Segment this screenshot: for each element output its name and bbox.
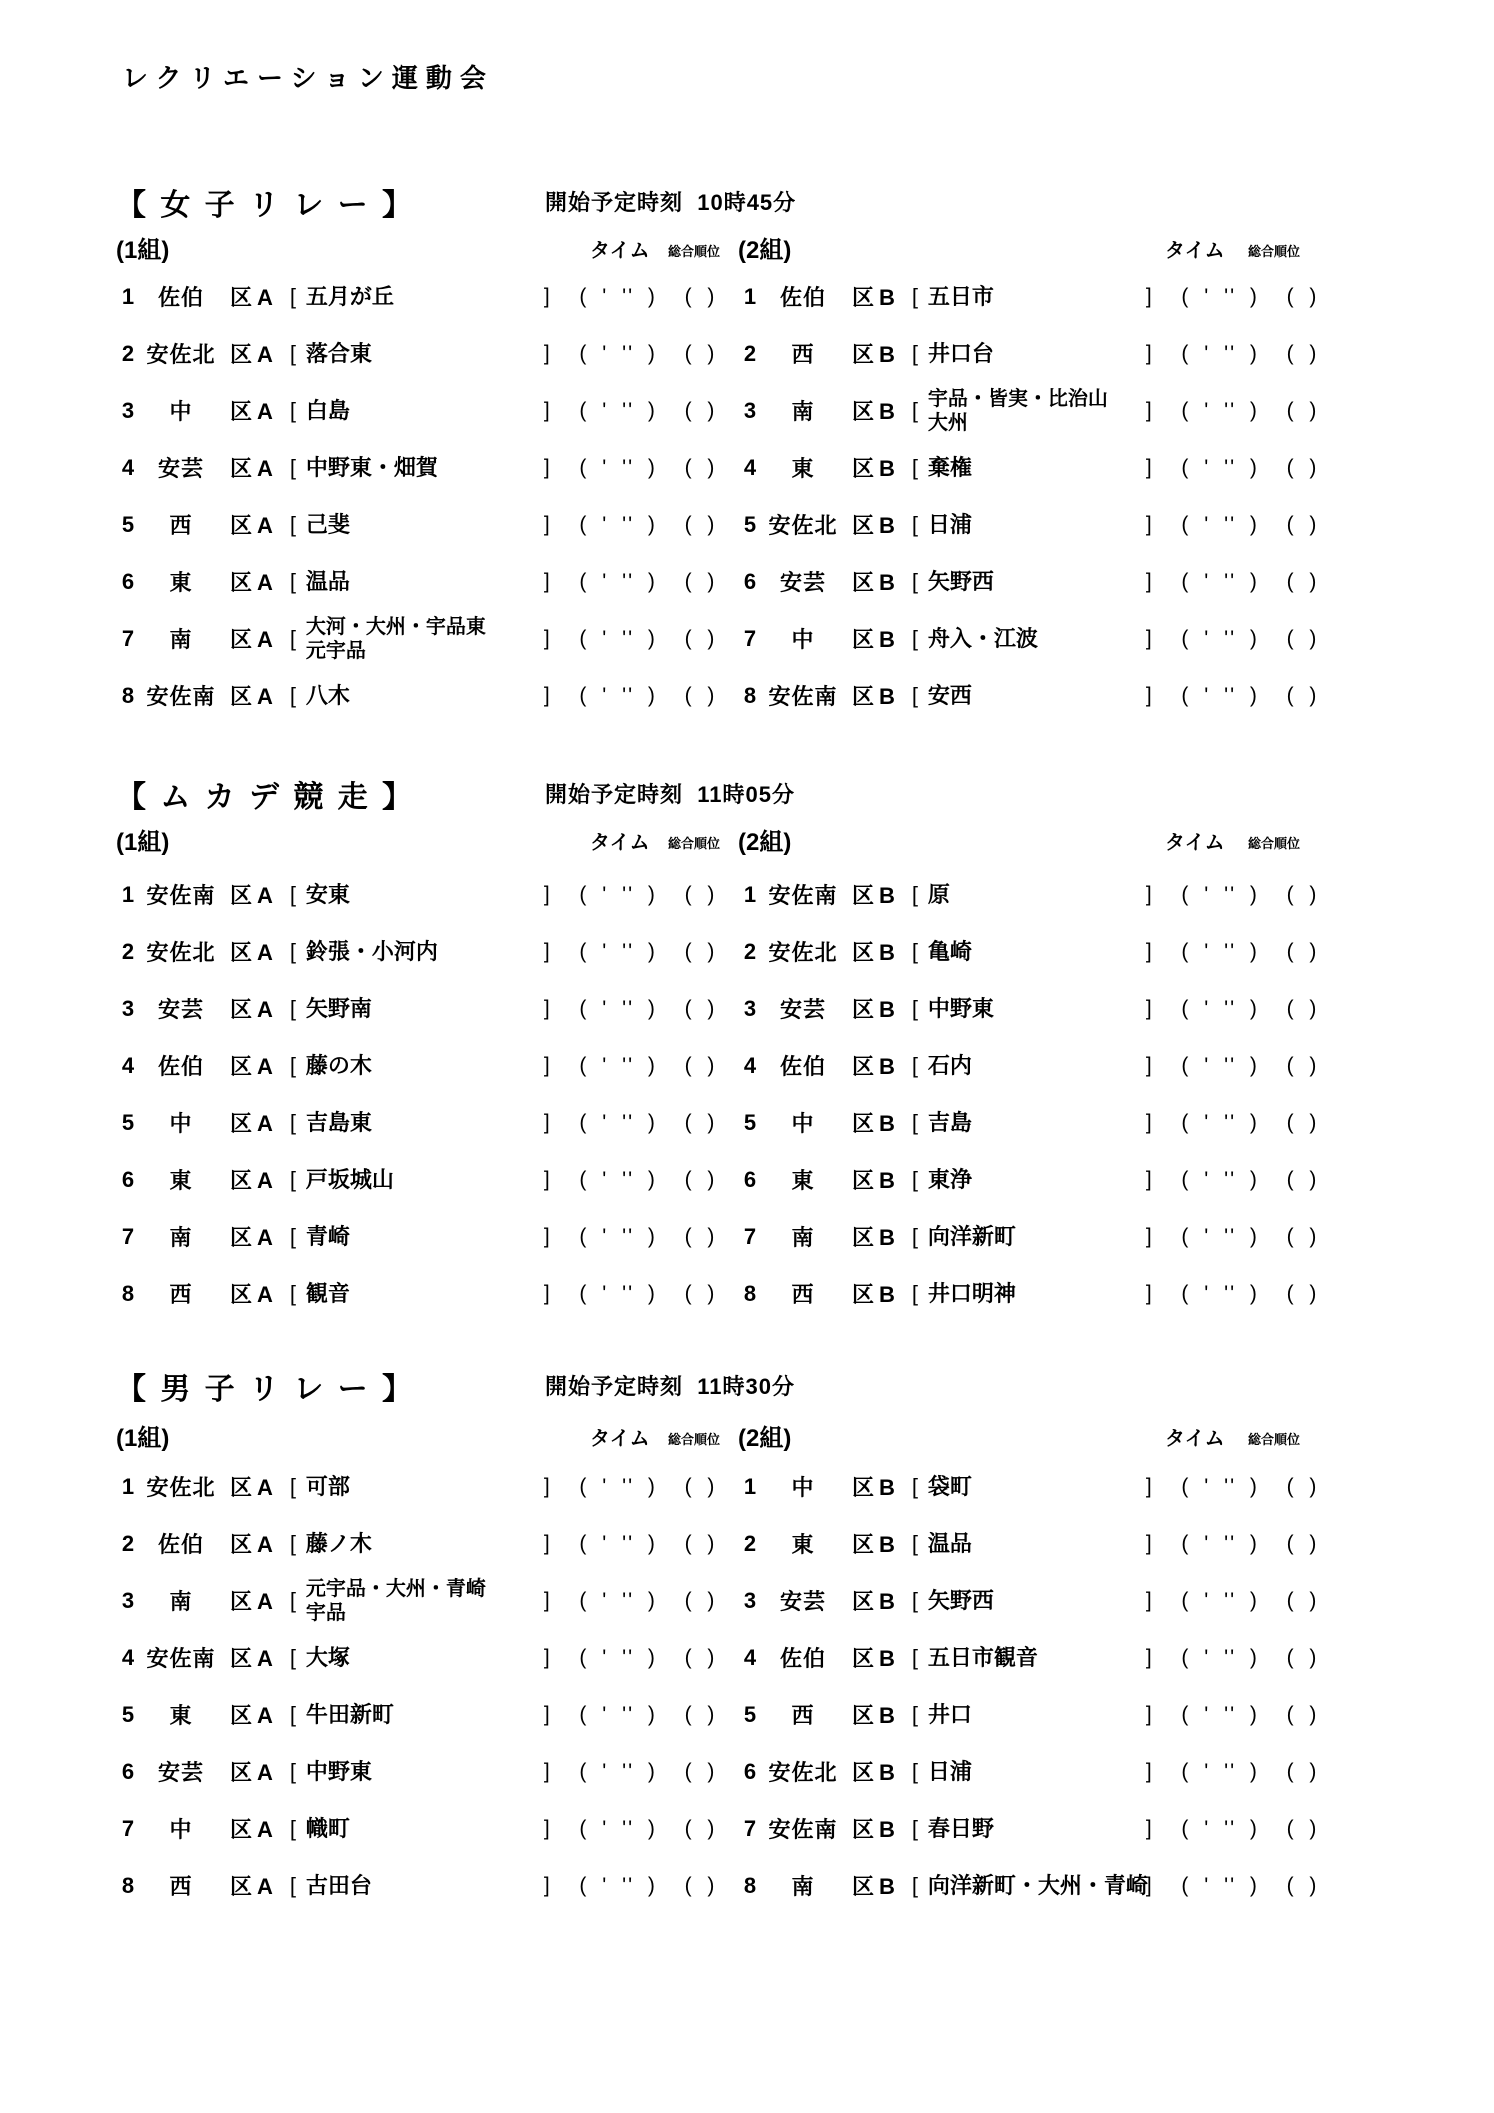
team-name-line1: 宇品・皆実・比治山: [928, 387, 1146, 411]
district-name: 中: [140, 1107, 222, 1138]
entry-number: 4: [738, 1645, 762, 1671]
team-name: 五月が丘: [306, 284, 544, 309]
entry-number: 3: [116, 398, 140, 424]
team-name: 日浦: [928, 1759, 1146, 1784]
time-rank-blank: ] ( ' '' ) ( ): [544, 1475, 717, 1499]
entry-number: 3: [738, 1588, 762, 1614]
team-name: 白島: [306, 398, 544, 423]
event-heading: 【 男 子 リ レ ー 】: [116, 1364, 415, 1408]
entry-row: 7南区A[大河・大州・宇品東元宇品] ( ' '' ) ( ): [116, 610, 756, 667]
district-name: 安佐北: [762, 936, 844, 967]
open-bracket: [: [290, 569, 306, 595]
open-bracket: [: [912, 882, 928, 908]
division-label: 区A: [230, 509, 278, 540]
team-name: 安西: [928, 683, 1146, 708]
team-name: 鈴張・小河内: [306, 939, 544, 964]
team-name: 日浦: [928, 512, 1146, 537]
entry-row: 6安芸区A[中野東] ( ' '' ) ( ): [116, 1743, 756, 1800]
time-rank-blank: ] ( ' '' ) ( ): [1146, 1282, 1319, 1306]
team-name: 己斐: [306, 512, 544, 537]
team-name: 亀崎: [928, 939, 1146, 964]
division-label: 区A: [230, 1870, 278, 1901]
division-label: 区A: [230, 395, 278, 426]
team-name-line1: 日浦: [928, 512, 1146, 537]
group1-label: (1組): [116, 822, 169, 857]
team-name-line1: 元宇品・大州・青崎: [306, 1577, 544, 1601]
time-rank-blank: ] ( ' '' ) ( ): [544, 1874, 717, 1898]
time-rank-blank: ] ( ' '' ) ( ): [1146, 1817, 1319, 1841]
team-name: 吉島東: [306, 1110, 544, 1135]
entry-row: 4安佐南区A[大塚] ( ' '' ) ( ): [116, 1629, 756, 1686]
team-name: 宇品・皆実・比治山大州: [928, 387, 1146, 435]
entry-row: 1佐伯区B[五日市] ( ' '' ) ( ): [738, 268, 1378, 325]
entry-row: 6安芸区B[矢野西] ( ' '' ) ( ): [738, 553, 1378, 610]
entry-row: 4佐伯区B[石内] ( ' '' ) ( ): [738, 1037, 1378, 1094]
division-label: 区B: [852, 993, 900, 1024]
entry-number: 7: [116, 626, 140, 652]
time-rank-blank: ] ( ' '' ) ( ): [1146, 342, 1319, 366]
division-label: 区B: [852, 281, 900, 312]
team-name-line1: 鈴張・小河内: [306, 939, 544, 964]
team-name: 吉島: [928, 1110, 1146, 1135]
open-bracket: [: [912, 284, 928, 310]
time-rank-blank: ] ( ' '' ) ( ): [1146, 1589, 1319, 1613]
open-bracket: [: [912, 1167, 928, 1193]
entry-number: 7: [738, 1816, 762, 1842]
district-name: 南: [140, 1221, 222, 1252]
division-label: 区B: [852, 680, 900, 711]
time-rank-blank: ] ( ' '' ) ( ): [544, 570, 717, 594]
time-rank-blank: ] ( ' '' ) ( ): [1146, 627, 1319, 651]
document-page: レクリエーション運動会 【 女 子 リ レ ー 】 開始予定時刻 10時45分 …: [0, 0, 1494, 2113]
time-column-header: タイム: [590, 1422, 650, 1451]
team-name-line1: 吉島東: [306, 1110, 544, 1135]
team-name-line1: 大塚: [306, 1645, 544, 1670]
team-name: 八木: [306, 683, 544, 708]
open-bracket: [: [912, 1281, 928, 1307]
district-name: 佐伯: [140, 1050, 222, 1081]
entry-number: 1: [116, 1474, 140, 1500]
team-name: 五日市観音: [928, 1645, 1146, 1670]
time-rank-blank: ] ( ' '' ) ( ): [544, 1168, 717, 1192]
entry-row: 7南区A[青崎] ( ' '' ) ( ): [116, 1208, 756, 1265]
open-bracket: [: [290, 1759, 306, 1785]
district-name: 南: [762, 1221, 844, 1252]
division-label: 区A: [230, 680, 278, 711]
entry-row: 3安芸区A[矢野南] ( ' '' ) ( ): [116, 980, 756, 1037]
team-name: 大河・大州・宇品東元宇品: [306, 615, 544, 663]
entry-number: 6: [738, 1759, 762, 1785]
district-name: 安芸: [140, 1756, 222, 1787]
entry-row: 1中区B[袋町] ( ' '' ) ( ): [738, 1458, 1378, 1515]
team-name: 戸坂城山: [306, 1167, 544, 1192]
entry-number: 8: [738, 1873, 762, 1899]
open-bracket: [: [290, 683, 306, 709]
open-bracket: [: [912, 683, 928, 709]
district-name: 南: [762, 395, 844, 426]
district-name: 西: [140, 1278, 222, 1309]
district-name: 安芸: [140, 993, 222, 1024]
entry-row: 8安佐南区B[安西] ( ' '' ) ( ): [738, 667, 1378, 724]
entry-number: 5: [116, 1702, 140, 1728]
team-name-line1: 八木: [306, 683, 544, 708]
entry-number: 5: [738, 1702, 762, 1728]
entry-row: 5西区A[己斐] ( ' '' ) ( ): [116, 496, 756, 553]
open-bracket: [: [290, 882, 306, 908]
time-rank-blank: ] ( ' '' ) ( ): [1146, 684, 1319, 708]
division-label: 区B: [852, 623, 900, 654]
team-name-line1: 向洋新町: [928, 1224, 1146, 1249]
team-name: 井口: [928, 1702, 1146, 1727]
entry-number: 2: [116, 341, 140, 367]
time-rank-blank: ] ( ' '' ) ( ): [1146, 997, 1319, 1021]
team-name-line1: 棄権: [928, 455, 1146, 480]
entry-row: 5西区B[井口] ( ' '' ) ( ): [738, 1686, 1378, 1743]
time-rank-blank: ] ( ' '' ) ( ): [544, 1225, 717, 1249]
time-rank-blank: ] ( ' '' ) ( ): [544, 285, 717, 309]
team-name-line1: 古田台: [306, 1873, 544, 1898]
group2-label: (2組): [738, 822, 791, 857]
team-name: 牛田新町: [306, 1702, 544, 1727]
time-rank-blank: ] ( ' '' ) ( ): [1146, 1703, 1319, 1727]
entry-row: 2安佐北区A[鈴張・小河内] ( ' '' ) ( ): [116, 923, 756, 980]
event-heading: 【 ム カ デ 競 走 】: [116, 772, 415, 816]
team-name-line1: 温品: [928, 1531, 1146, 1556]
entry-row: 5安佐北区B[日浦] ( ' '' ) ( ): [738, 496, 1378, 553]
time-rank-blank: ] ( ' '' ) ( ): [544, 684, 717, 708]
time-rank-blank: ] ( ' '' ) ( ): [544, 1282, 717, 1306]
entry-number: 8: [738, 1281, 762, 1307]
open-bracket: [: [290, 1702, 306, 1728]
entry-row: 6安佐北区B[日浦] ( ' '' ) ( ): [738, 1743, 1378, 1800]
entry-number: 5: [116, 512, 140, 538]
team-name: 安東: [306, 882, 544, 907]
open-bracket: [: [912, 626, 928, 652]
entries-group2: 1佐伯区B[五日市] ( ' '' ) ( )2西区B[井口台] ( ' '' …: [738, 268, 1378, 724]
time-column-header: タイム: [1165, 1422, 1225, 1451]
open-bracket: [: [290, 1474, 306, 1500]
entry-number: 6: [738, 1167, 762, 1193]
team-name: 幟町: [306, 1816, 544, 1841]
team-name-line1: 五月が丘: [306, 284, 544, 309]
entry-number: 1: [116, 284, 140, 310]
time-column-header: タイム: [1165, 826, 1225, 855]
division-label: 区A: [230, 1699, 278, 1730]
division-label: 区A: [230, 1164, 278, 1195]
division-label: 区B: [852, 395, 900, 426]
time-rank-blank: ] ( ' '' ) ( ): [1146, 1532, 1319, 1556]
district-name: 中: [140, 395, 222, 426]
open-bracket: [: [912, 341, 928, 367]
team-name: 温品: [928, 1531, 1146, 1556]
open-bracket: [: [912, 512, 928, 538]
entry-row: 4佐伯区B[五日市観音] ( ' '' ) ( ): [738, 1629, 1378, 1686]
open-bracket: [: [912, 455, 928, 481]
entries-group2: 1中区B[袋町] ( ' '' ) ( )2東区B[温品] ( ' '' ) (…: [738, 1458, 1378, 1914]
entry-row: 5中区A[吉島東] ( ' '' ) ( ): [116, 1094, 756, 1151]
time-rank-blank: ] ( ' '' ) ( ): [1146, 570, 1319, 594]
entry-number: 6: [116, 569, 140, 595]
division-label: 区B: [852, 1585, 900, 1616]
district-name: 佐伯: [762, 1050, 844, 1081]
time-rank-blank: ] ( ' '' ) ( ): [544, 1111, 717, 1135]
entry-number: 2: [738, 1531, 762, 1557]
district-name: 中: [762, 1107, 844, 1138]
team-name-line2: 大州: [928, 411, 1146, 435]
time-rank-blank: ] ( ' '' ) ( ): [544, 1054, 717, 1078]
time-rank-blank: ] ( ' '' ) ( ): [544, 883, 717, 907]
division-label: 区A: [230, 1528, 278, 1559]
time-column-header: タイム: [1165, 234, 1225, 263]
time-rank-blank: ] ( ' '' ) ( ): [1146, 399, 1319, 423]
district-name: 安佐南: [762, 879, 844, 910]
entry-number: 4: [738, 455, 762, 481]
group2-label: (2組): [738, 1418, 791, 1453]
team-name-line1: 矢野南: [306, 996, 544, 1021]
team-name: 大塚: [306, 1645, 544, 1670]
entry-number: 6: [116, 1759, 140, 1785]
district-name: 安佐北: [140, 338, 222, 369]
team-name: 中野東: [306, 1759, 544, 1784]
entry-row: 6東区B[東浄] ( ' '' ) ( ): [738, 1151, 1378, 1208]
district-name: 安芸: [762, 993, 844, 1024]
entry-row: 7南区B[向洋新町] ( ' '' ) ( ): [738, 1208, 1378, 1265]
team-name-line1: 牛田新町: [306, 1702, 544, 1727]
team-name-line1: 中野東・畑賀: [306, 455, 544, 480]
team-name-line1: 藤の木: [306, 1053, 544, 1078]
open-bracket: [: [912, 1588, 928, 1614]
team-name: 中野東・畑賀: [306, 455, 544, 480]
entry-row: 5東区A[牛田新町] ( ' '' ) ( ): [116, 1686, 756, 1743]
entry-number: 2: [738, 939, 762, 965]
open-bracket: [: [290, 996, 306, 1022]
district-name: 安佐南: [762, 1813, 844, 1844]
entry-number: 4: [116, 1053, 140, 1079]
team-name-line1: 井口: [928, 1702, 1146, 1727]
division-label: 区B: [852, 1870, 900, 1901]
open-bracket: [: [912, 569, 928, 595]
team-name-line1: 藤ノ木: [306, 1531, 544, 1556]
division-label: 区B: [852, 566, 900, 597]
time-column-header: タイム: [590, 826, 650, 855]
entry-number: 3: [738, 996, 762, 1022]
time-column-header: タイム: [590, 234, 650, 263]
entry-row: 3中区A[白島] ( ' '' ) ( ): [116, 382, 756, 439]
open-bracket: [: [290, 626, 306, 652]
entry-number: 3: [738, 398, 762, 424]
team-name-line1: 亀崎: [928, 939, 1146, 964]
time-rank-blank: ] ( ' '' ) ( ): [1146, 1168, 1319, 1192]
page-title: レクリエーション運動会: [122, 58, 494, 95]
division-label: 区B: [852, 1756, 900, 1787]
district-name: 西: [140, 1870, 222, 1901]
team-name-line1: 原: [928, 882, 1146, 907]
district-name: 安芸: [762, 566, 844, 597]
team-name: 五日市: [928, 284, 1146, 309]
time-rank-blank: ] ( ' '' ) ( ): [544, 997, 717, 1021]
entry-row: 3南区A[元宇品・大州・青崎宇品] ( ' '' ) ( ): [116, 1572, 756, 1629]
division-label: 区A: [230, 623, 278, 654]
entry-number: 2: [116, 1531, 140, 1557]
team-name: 向洋新町・大州・青崎: [928, 1873, 1146, 1898]
division-label: 区B: [852, 1642, 900, 1673]
entries-group1: 1佐伯区A[五月が丘] ( ' '' ) ( )2安佐北区A[落合東] ( ' …: [116, 268, 756, 724]
open-bracket: [: [290, 341, 306, 367]
team-name-line1: 落合東: [306, 341, 544, 366]
district-name: 中: [762, 623, 844, 654]
division-label: 区A: [230, 452, 278, 483]
district-name: 東: [140, 1164, 222, 1195]
time-rank-blank: ] ( ' '' ) ( ): [544, 456, 717, 480]
entry-number: 1: [738, 882, 762, 908]
team-name-line1: 東浄: [928, 1167, 1146, 1192]
team-name-line1: 袋町: [928, 1474, 1146, 1499]
team-name: 観音: [306, 1281, 544, 1306]
district-name: 佐伯: [762, 281, 844, 312]
time-rank-blank: ] ( ' '' ) ( ): [544, 1589, 717, 1613]
open-bracket: [: [290, 1053, 306, 1079]
division-label: 区A: [230, 1756, 278, 1787]
division-label: 区A: [230, 993, 278, 1024]
team-name-line1: 矢野西: [928, 1588, 1146, 1613]
team-name: 藤の木: [306, 1053, 544, 1078]
division-label: 区A: [230, 1471, 278, 1502]
division-label: 区B: [852, 879, 900, 910]
team-name: 井口明神: [928, 1281, 1146, 1306]
team-name-line1: 五日市: [928, 284, 1146, 309]
entry-number: 7: [738, 626, 762, 652]
time-rank-blank: ] ( ' '' ) ( ): [1146, 1475, 1319, 1499]
entry-number: 5: [738, 512, 762, 538]
open-bracket: [: [290, 1816, 306, 1842]
entry-number: 4: [116, 1645, 140, 1671]
team-name-line1: 可部: [306, 1474, 544, 1499]
time-rank-blank: ] ( ' '' ) ( ): [1146, 1054, 1319, 1078]
entry-number: 8: [116, 1873, 140, 1899]
district-name: 安佐南: [140, 1642, 222, 1673]
division-label: 区A: [230, 1642, 278, 1673]
district-name: 安芸: [140, 452, 222, 483]
team-name-line1: 中野東: [928, 996, 1146, 1021]
division-label: 区A: [230, 1585, 278, 1616]
district-name: 東: [762, 1164, 844, 1195]
team-name: 落合東: [306, 341, 544, 366]
team-name: 原: [928, 882, 1146, 907]
team-name-line1: 春日野: [928, 1816, 1146, 1841]
start-time: 開始予定時刻 11時30分: [545, 1370, 795, 1401]
division-label: 区B: [852, 509, 900, 540]
division-label: 区B: [852, 1471, 900, 1502]
entry-row: 8南区B[向洋新町・大州・青崎] ( ' '' ) ( ): [738, 1857, 1378, 1914]
entry-number: 3: [116, 996, 140, 1022]
entry-row: 7中区B[舟入・江波] ( ' '' ) ( ): [738, 610, 1378, 667]
team-name: 青崎: [306, 1224, 544, 1249]
entry-row: 4佐伯区A[藤の木] ( ' '' ) ( ): [116, 1037, 756, 1094]
team-name: 舟入・江波: [928, 626, 1146, 651]
time-rank-blank: ] ( ' '' ) ( ): [544, 399, 717, 423]
entry-number: 1: [116, 882, 140, 908]
district-name: 安佐北: [762, 509, 844, 540]
team-name: 古田台: [306, 1873, 544, 1898]
division-label: 区B: [852, 1528, 900, 1559]
open-bracket: [: [912, 996, 928, 1022]
team-name-line2: 宇品: [306, 1601, 544, 1625]
time-rank-blank: ] ( ' '' ) ( ): [1146, 285, 1319, 309]
entry-number: 1: [738, 1474, 762, 1500]
entry-row: 1安佐南区A[安東] ( ' '' ) ( ): [116, 866, 756, 923]
open-bracket: [: [912, 1110, 928, 1136]
district-name: 南: [140, 1585, 222, 1616]
entry-row: 4安芸区A[中野東・畑賀] ( ' '' ) ( ): [116, 439, 756, 496]
time-rank-blank: ] ( ' '' ) ( ): [544, 1817, 717, 1841]
entry-row: 3南区B[宇品・皆実・比治山大州] ( ' '' ) ( ): [738, 382, 1378, 439]
division-label: 区A: [230, 1107, 278, 1138]
entry-number: 8: [116, 683, 140, 709]
team-name-line1: 日浦: [928, 1759, 1146, 1784]
division-label: 区B: [852, 1164, 900, 1195]
division-label: 区B: [852, 1699, 900, 1730]
entry-row: 8安佐南区A[八木] ( ' '' ) ( ): [116, 667, 756, 724]
group1-label: (1組): [116, 1418, 169, 1453]
start-time: 開始予定時刻 11時05分: [545, 778, 795, 809]
team-name-line1: 吉島: [928, 1110, 1146, 1135]
team-name: 藤ノ木: [306, 1531, 544, 1556]
time-rank-blank: ] ( ' '' ) ( ): [1146, 1874, 1319, 1898]
open-bracket: [: [290, 939, 306, 965]
entry-row: 2佐伯区A[藤ノ木] ( ' '' ) ( ): [116, 1515, 756, 1572]
open-bracket: [: [912, 398, 928, 424]
entry-number: 8: [738, 683, 762, 709]
entry-number: 8: [116, 1281, 140, 1307]
entry-row: 2安佐北区A[落合東] ( ' '' ) ( ): [116, 325, 756, 382]
open-bracket: [: [290, 398, 306, 424]
open-bracket: [: [290, 1224, 306, 1250]
division-label: 区B: [852, 1107, 900, 1138]
open-bracket: [: [912, 1873, 928, 1899]
district-name: 佐伯: [762, 1642, 844, 1673]
open-bracket: [: [912, 1702, 928, 1728]
open-bracket: [: [290, 1281, 306, 1307]
open-bracket: [: [912, 939, 928, 965]
entry-row: 3安芸区B[矢野西] ( ' '' ) ( ): [738, 1572, 1378, 1629]
team-name-line1: 井口明神: [928, 1281, 1146, 1306]
entry-number: 4: [116, 455, 140, 481]
team-name: 石内: [928, 1053, 1146, 1078]
team-name: 可部: [306, 1474, 544, 1499]
time-rank-blank: ] ( ' '' ) ( ): [544, 1532, 717, 1556]
district-name: 東: [762, 1528, 844, 1559]
division-label: 区A: [230, 566, 278, 597]
district-name: 安佐北: [140, 1471, 222, 1502]
team-name: 矢野西: [928, 1588, 1146, 1613]
team-name-line1: 矢野西: [928, 569, 1146, 594]
district-name: 西: [762, 1278, 844, 1309]
time-rank-blank: ] ( ' '' ) ( ): [544, 1703, 717, 1727]
rank-column-header: 総合順位: [668, 1429, 720, 1448]
division-label: 区B: [852, 1278, 900, 1309]
entry-number: 4: [738, 1053, 762, 1079]
team-name-line1: 石内: [928, 1053, 1146, 1078]
division-label: 区A: [230, 338, 278, 369]
district-name: 安佐南: [140, 879, 222, 910]
division-label: 区A: [230, 1278, 278, 1309]
district-name: 西: [762, 338, 844, 369]
open-bracket: [: [290, 1110, 306, 1136]
team-name-line1: 温品: [306, 569, 544, 594]
entry-number: 3: [116, 1588, 140, 1614]
entry-number: 7: [116, 1816, 140, 1842]
team-name-line1: 青崎: [306, 1224, 544, 1249]
